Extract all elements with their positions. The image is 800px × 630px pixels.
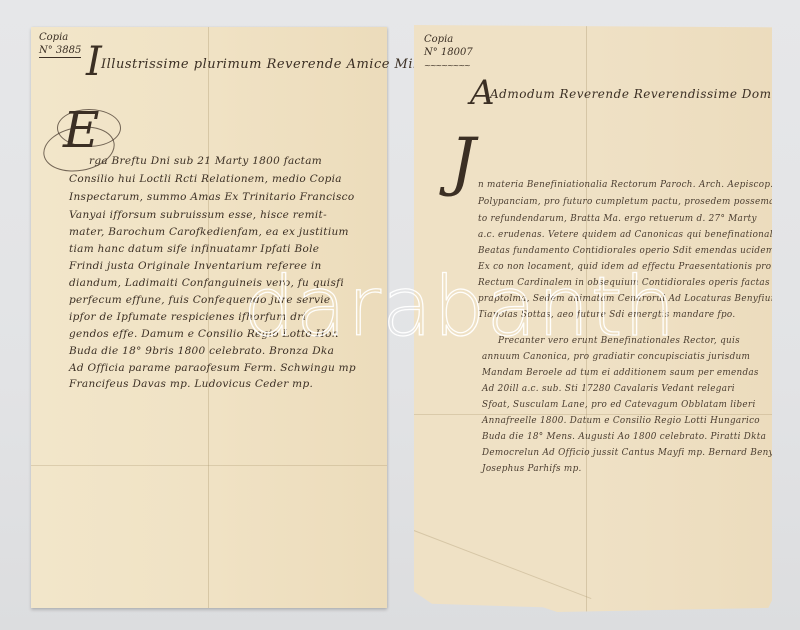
salutation: Illustrissime plurimum Reverende Amice M… [101, 57, 445, 72]
document-reference: Copia N° 3885 [39, 31, 81, 58]
decorative-squiggle: ~~~~~~~~ [424, 59, 473, 72]
document-reference: Copia N° 18007 ~~~~~~~~ [424, 33, 473, 72]
text-line: mater, Barochum Carofkedienfam, ea ex ju… [69, 226, 349, 238]
text-line: Buda die 18° Mens. Augusti Ao 1800 celeb… [482, 432, 766, 442]
reference-label: Copia [39, 31, 81, 44]
watermark-text: darabanth [243, 268, 677, 348]
reference-label: Copia [424, 33, 473, 46]
reference-number: N° 18007 [424, 46, 473, 59]
text-line: tiam hanc datum sife infinuatamr Ipfati … [69, 243, 319, 255]
text-line: n materia Benefiniationalia Rectorum Par… [478, 180, 773, 190]
text-line: Consilio hui Loctli Rcti Relationem, med… [69, 173, 342, 185]
salutation: Admodum Reverende Reverendissime Domine … [490, 87, 800, 101]
text-line: Polypanciam, pro futuro cumpletum pactu,… [478, 197, 798, 207]
text-line: Josephus Parhifs mp. [482, 464, 582, 474]
text-line: a.c. erudenas. Vetere quidem ad Canonica… [478, 230, 783, 240]
fold-crease-horizontal [31, 465, 387, 466]
text-line: Mandam Beroele ad tum ei additionem saum… [482, 368, 759, 378]
text-line: Vanyai ifforsum subruissum esse, hisce r… [69, 209, 327, 221]
text-line: Democrelun Ad Officio jussit Cantus Mayf… [482, 448, 780, 458]
reference-number: N° 3885 [39, 44, 81, 58]
text-line: rga Breftu Dni sub 21 Marty 1800 factam [89, 155, 322, 167]
decorated-initial-J: J [450, 125, 476, 199]
text-line: Ad Officia parame paraofesum Ferm. Schwi… [69, 362, 356, 374]
text-line: Ad 20ill a.c. sub. Sti 17280 Cavalaris V… [482, 384, 735, 394]
fold-crease-horizontal [414, 414, 772, 415]
fold-crease-diagonal [414, 530, 592, 599]
text-line: Sfoat, Susculam Lane, pro ed Catevagum O… [482, 400, 756, 410]
text-line: Inspectarum, summo Amas Ex Trinitario Fr… [69, 191, 354, 203]
decorated-initial-E: E [63, 101, 100, 159]
text-line: Beatas fundamento Contidiorales operio S… [478, 246, 775, 256]
text-line: to refundendarum, Bratta Ma. ergo retuer… [478, 214, 757, 224]
text-line: Francifeus Davas mp. Ludovicus Ceder mp. [69, 378, 313, 390]
text-line: Annafreelle 1800. Datum e Consilio Regio… [482, 416, 760, 426]
decorated-initial-I: I [86, 39, 102, 85]
